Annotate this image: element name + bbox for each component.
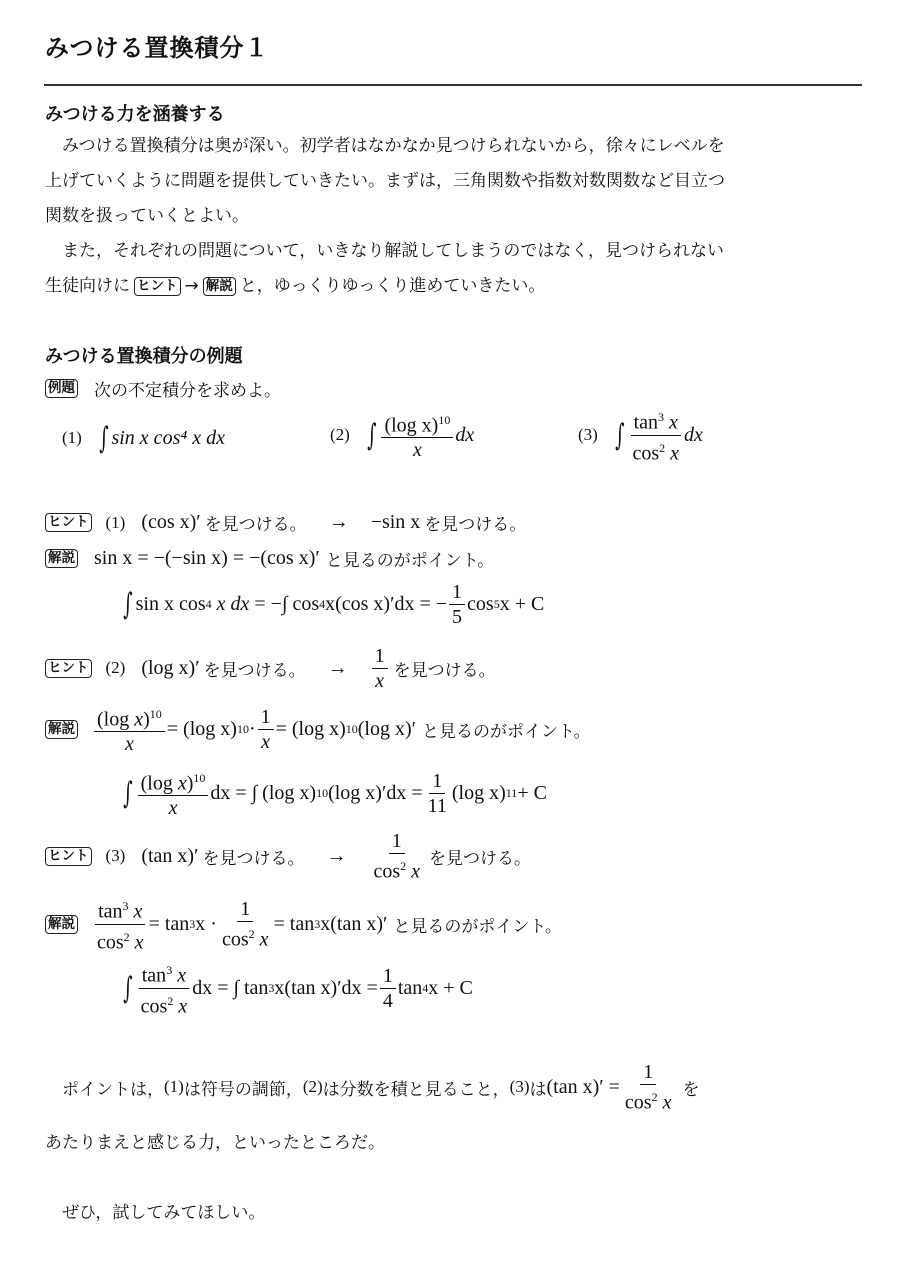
- hint-2-row: ヒント (2) (log x)′ を見つける。 → 1x を見つける。: [45, 645, 496, 691]
- section-heading-1: みつける力を涵養する: [45, 100, 225, 126]
- result-3: ∫ tan3 xcos2 x dx = ∫ tan3 x(tan x)′dx =…: [120, 960, 473, 1016]
- hint-tag: ヒント: [45, 847, 92, 866]
- example-prompt: 次の不定積分を求めよ。: [94, 376, 281, 401]
- conclusion-line-1: ポイントは， (1) は符号の調節， (2) は分数を積と見ること， (3) は…: [45, 1060, 699, 1114]
- conclusion-line-2: あたりまえと感じる力，といったところだ。: [45, 1128, 385, 1153]
- problem-2: (2) ∫ (log x)10 x dx: [330, 405, 474, 465]
- hint-1-row: ヒント (1) (cos x)′ を見つける。 → −sin x を見つける。: [45, 510, 526, 535]
- integral-sign: ∫: [367, 418, 376, 453]
- arrow-icon: →: [329, 511, 349, 534]
- integral-sign: ∫: [615, 418, 624, 453]
- page-title: みつける置換積分１: [45, 28, 270, 63]
- problem-3: (3) ∫ tan3 x cos2 x dx: [578, 405, 703, 465]
- paragraph-1-line-3: 関数を扱っていくとよい。: [45, 198, 249, 234]
- closing-line: ぜひ，試してみてほしい。: [45, 1198, 265, 1223]
- integral-sign: ∫: [123, 587, 132, 622]
- title-divider: [44, 84, 862, 86]
- paragraph-2-line-2: 生徒向けに ヒント → 解説 と，ゆっくりゆっくり進めていきたい。: [45, 268, 545, 304]
- hint-tag: ヒント: [45, 659, 92, 678]
- explanation-tag: 解説: [203, 277, 236, 296]
- result-1: ∫ sin x cos4 x dx = −∫ cos4 x(cos x)′dx …: [120, 578, 544, 630]
- explanation-1-row: 解説 sin x = −(−sin x) = −(cos x)′ と見るのがポイ…: [45, 546, 494, 571]
- explanation-tag: 解説: [45, 915, 78, 934]
- paragraph-2-prefix: 生徒向けに: [45, 268, 130, 304]
- example-prompt-row: 例題 次の不定積分を求めよ。: [45, 376, 281, 401]
- paragraph-2-suffix: と，ゆっくりゆっくり進めていきたい。: [240, 268, 546, 304]
- arrow-icon: →: [185, 268, 199, 304]
- arrow-icon: →: [328, 657, 348, 680]
- paragraph-1-line-1: みつける置換積分は奥が深い。初学者はなかなか見つけられないから，徐々にレベルを: [45, 128, 725, 164]
- fraction: tan3 x cos2 x: [629, 405, 682, 465]
- hint-3-row: ヒント (3) (tan x)′ を見つける。 → 1cos2 x を見つける。: [45, 830, 531, 882]
- paragraph-2-line-1: また，それぞれの問題について，いきなり解説してしまうのではなく，見つけられない: [45, 233, 724, 269]
- integral-sign: ∫: [123, 971, 132, 1006]
- section-heading-2: みつける置換積分の例題: [45, 342, 243, 368]
- explanation-2-row: 解説 (log x)10x = (log x)10 · 1x = (log x)…: [45, 703, 591, 755]
- explanation-tag: 解説: [45, 549, 78, 568]
- hint-tag: ヒント: [45, 513, 92, 532]
- explanation-3-row: 解説 tan3 xcos2 x = tan3 x · 1cos2 x = tan…: [45, 898, 562, 950]
- arrow-icon: →: [326, 845, 346, 868]
- integral-sign: ∫: [123, 776, 132, 811]
- paragraph-1-line-2: 上げていくように問題を提供していきたい。まずは，三角関数や指数対数関数など目立つ: [45, 163, 725, 199]
- result-2: ∫ (log x)10x dx = ∫ (log x)10 (log x)′dx…: [120, 765, 547, 821]
- hint-tag: ヒント: [134, 277, 181, 296]
- integral-sign: ∫: [99, 421, 108, 456]
- example-tag: 例題: [45, 379, 78, 398]
- explanation-tag: 解説: [45, 720, 78, 739]
- fraction: (log x)10 x: [381, 408, 453, 463]
- problem-1: (1) ∫ sin x cos⁴ x dx: [62, 415, 225, 461]
